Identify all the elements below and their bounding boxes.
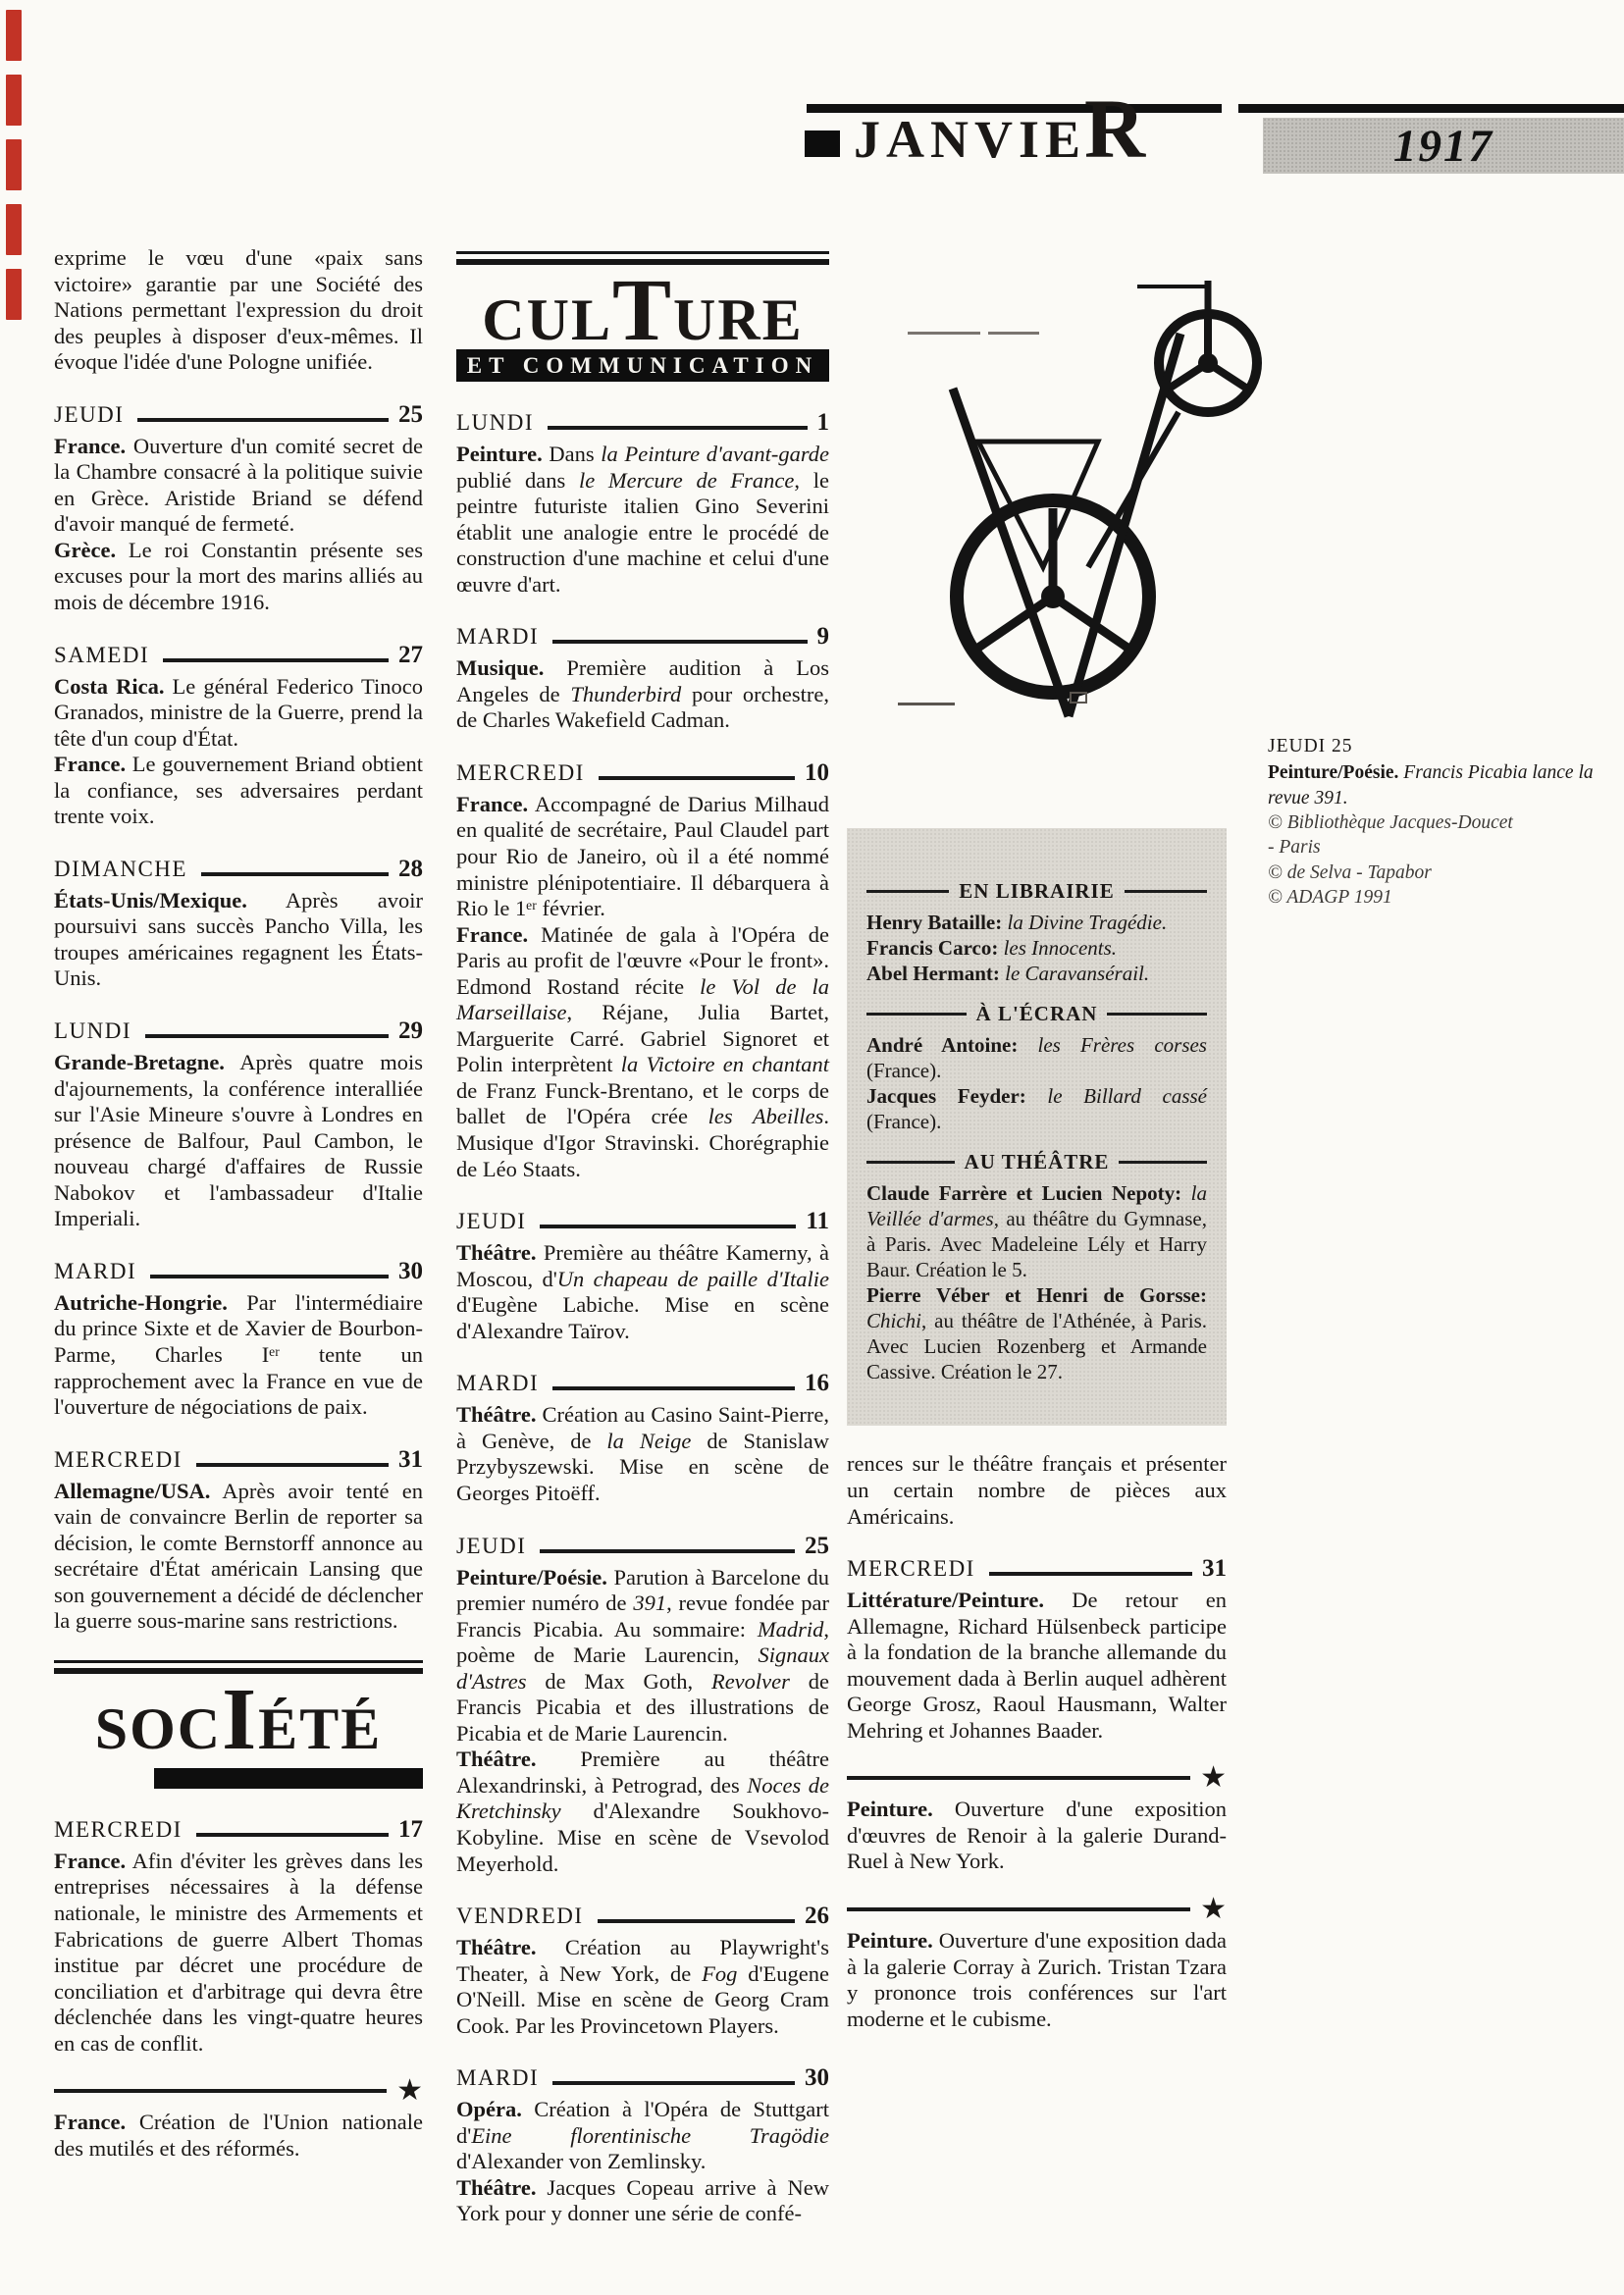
day-heading: MARDI9 — [456, 623, 829, 651]
text-segment: Peinture. — [847, 1928, 933, 1953]
month-name: JANVIE — [854, 113, 1086, 166]
novia-illustration — [884, 273, 1227, 763]
day-number: 10 — [805, 759, 829, 787]
star-icon: ★ — [1200, 1901, 1227, 1918]
text-segment: Un chapeau de paille d'Italie — [557, 1267, 829, 1291]
column-left: exprime le vœu d'une «paix sans victoire… — [54, 245, 423, 2187]
entry-day: DIMANCHE28États-Unis/Mexique. Après avoi… — [54, 856, 423, 992]
group-title: EN LIBRAIRIE — [959, 879, 1114, 904]
day-heading: JEUDI25 — [456, 1533, 829, 1560]
text-segment: Théâtre. — [456, 1240, 536, 1265]
day-rule — [989, 1572, 1192, 1576]
day-name: JEUDI — [54, 402, 124, 428]
day-rule — [196, 1833, 389, 1837]
paragraph: France. Ouverture d'un comité secret de … — [54, 434, 423, 538]
day-number: 1 — [817, 409, 830, 437]
entry-day: MARDI16Théâtre. Création au Casino Saint… — [456, 1370, 829, 1506]
rule-line — [1125, 890, 1207, 893]
text-segment: France. — [54, 752, 126, 776]
text-segment: Afin d'éviter les grèves dans les entrep… — [54, 1849, 423, 2056]
rule-line — [866, 1161, 955, 1164]
text-segment: Peinture. — [847, 1797, 933, 1821]
day-number: 26 — [805, 1903, 829, 1930]
day-number: 9 — [817, 623, 830, 651]
day-heading: JEUDI25 — [54, 401, 423, 429]
paragraph: France. Afin d'éviter les grèves dans le… — [54, 1849, 423, 2057]
entry-day: JEUDI11Théâtre. Première au théâtre Kame… — [456, 1208, 829, 1344]
text-segment: Jacques Feyder: — [866, 1084, 1026, 1108]
day-name: MARDI — [456, 1371, 539, 1396]
paragraph: Théâtre. Première au théâtre Kamerny, à … — [456, 1240, 829, 1344]
day-heading: MERCREDI31 — [54, 1446, 423, 1474]
day-heading: MARDI30 — [54, 1258, 423, 1285]
title-big-letter: T — [612, 262, 673, 359]
day-heading: DIMANCHE28 — [54, 856, 423, 883]
year-text: 1917 — [1393, 120, 1493, 173]
magazine-page: JANVIE R 1917 exprime le vœu d'une «paix… — [0, 0, 1624, 2295]
day-rule — [163, 658, 389, 662]
day-heading: VENDREDI26 — [456, 1903, 829, 1930]
entry-star: ★France. Création de l'Union nationale d… — [54, 2082, 423, 2162]
text-segment: Abel Hermant: — [866, 962, 1000, 985]
text-segment: rences sur le théâtre français et présen… — [847, 1451, 1227, 1528]
text-segment: Théâtre. — [456, 1747, 536, 1771]
text-segment: Chichi — [866, 1309, 921, 1332]
text-segment: la Divine Tragédie. — [1002, 911, 1167, 934]
selection-group: EN LIBRAIRIEHenry Bataille: la Divine Tr… — [866, 879, 1207, 986]
day-number: 28 — [398, 856, 423, 883]
day-name: MERCREDI — [54, 1447, 183, 1473]
day-rule — [150, 1275, 389, 1278]
text-segment: Théâtre. — [456, 1402, 536, 1427]
text-segment: Pierre Véber et Henri de Gorsse: — [866, 1283, 1207, 1307]
thin-rule — [456, 251, 829, 254]
entry-day: MARDI30Opéra. Création à l'Opéra de Stut… — [456, 2064, 829, 2227]
entry-day: MERCREDI31Littérature/Peinture. De retou… — [847, 1555, 1227, 1744]
text-segment: la Neige — [606, 1429, 691, 1453]
paragraph: Opéra. Création à l'Opéra de Stuttgart d… — [456, 2097, 829, 2175]
paragraph: Peinture. Dans la Peinture d'avant-garde… — [456, 442, 829, 598]
column-middle: CULTUREET COMMUNICATIONLUNDI1Peinture. D… — [456, 245, 829, 2253]
caption-body: Peinture/Poésie. Francis Picabia lance l… — [1268, 760, 1606, 810]
day-rule — [137, 418, 389, 422]
text-segment: Peinture/Poésie. — [456, 1565, 607, 1590]
text-segment: Thunderbird — [570, 682, 681, 706]
text-segment: Madrid — [758, 1617, 824, 1642]
section-title: SOCIÉTÉ — [54, 1676, 423, 1764]
day-rule — [552, 1386, 795, 1390]
rule-line — [866, 890, 949, 893]
day-name: SAMEDI — [54, 643, 149, 668]
month-title: JANVIE R — [805, 86, 1145, 163]
text-segment: les Abeilles — [708, 1104, 824, 1128]
text-segment: de Max Goth, — [526, 1669, 710, 1694]
entry-day: VENDREDI26Théâtre. Création au Playwrigh… — [456, 1903, 829, 2039]
text-segment: France. — [456, 792, 528, 816]
rule-line — [1119, 1161, 1207, 1164]
day-heading: MERCREDI31 — [847, 1555, 1227, 1583]
day-number: 16 — [805, 1370, 829, 1397]
day-rule — [548, 426, 807, 430]
paragraph: Abel Hermant: le Caravansérail. — [866, 961, 1207, 986]
text-segment: d'Eugène Labiche. Mise en scène d'Alexan… — [456, 1292, 829, 1343]
text-segment: les Innocents. — [998, 936, 1117, 960]
text-segment: d'Alexander von Zemlinsky. — [456, 2149, 706, 2173]
entry-day: LUNDI1Peinture. Dans la Peinture d'avant… — [456, 409, 829, 598]
paragraph: France. Accompagné de Darius Milhaud en … — [456, 792, 829, 922]
header-rule-right — [1238, 104, 1624, 113]
day-number: 25 — [805, 1533, 829, 1560]
day-heading: MARDI16 — [456, 1370, 829, 1397]
entry-day: MARDI9Musique. Première audition à Los A… — [456, 623, 829, 734]
entry-star: ★Peinture. Ouverture d'une exposition d'… — [847, 1769, 1227, 1875]
day-rule — [201, 872, 389, 876]
paragraph: André Antoine: les Frères corses (France… — [866, 1032, 1207, 1083]
paragraph: Autriche-Hongrie. Par l'intermédiaire du… — [54, 1290, 423, 1421]
novia-title — [908, 332, 1039, 335]
text-segment: Peinture/Poésie. — [1268, 762, 1398, 783]
text-segment: Henry Bataille: — [866, 911, 1002, 934]
column-right: EN LIBRAIRIEHenry Bataille: la Divine Tr… — [847, 245, 1227, 2058]
day-name: MERCREDI — [847, 1556, 975, 1582]
square-bullet-icon — [805, 130, 840, 157]
paragraph: Pierre Véber et Henri de Gorsse: Chichi,… — [866, 1282, 1207, 1384]
rule-line — [54, 2089, 387, 2093]
paragraph: France. Matinée de gala à l'Opéra de Par… — [456, 922, 829, 1182]
paragraph: rences sur le théâtre français et présen… — [847, 1451, 1227, 1530]
paragraph: Peinture. Ouverture d'une exposition d'œ… — [847, 1797, 1227, 1875]
paragraph: Littérature/Peinture. De retour en Allem… — [847, 1588, 1227, 1744]
title-big-letter: I — [222, 1671, 258, 1768]
entry-day: JEUDI25Peinture/Poésie. Parution à Barce… — [456, 1533, 829, 1878]
title-part: URE — [673, 287, 804, 352]
text-segment: Opéra. — [456, 2097, 522, 2121]
entry-day: MARDI30Autriche-Hongrie. Par l'intermédi… — [54, 1258, 423, 1421]
rule-line — [1107, 1013, 1207, 1016]
day-name: DIMANCHE — [54, 857, 187, 882]
day-name: MARDI — [456, 2065, 539, 2091]
day-name: MARDI — [54, 1259, 136, 1284]
text-segment: le Billard cassé — [1026, 1084, 1207, 1108]
picabia-drawing — [884, 273, 1316, 758]
star-rule: ★ — [54, 2082, 423, 2100]
selection-group: À L'ÉCRANAndré Antoine: les Frères corse… — [866, 1002, 1207, 1134]
text-segment: Francis Carco: — [866, 936, 998, 960]
paragraph: Musique. Première audition à Los Angeles… — [456, 655, 829, 734]
section-title: CULTURE — [456, 267, 829, 355]
paragraph: Théâtre. Création au Playwright's Theate… — [456, 1935, 829, 2039]
rule-line — [847, 1776, 1190, 1780]
text-segment: Théâtre. — [456, 2175, 536, 2200]
day-rule — [552, 2081, 795, 2085]
selection-group: AU THÉÂTREClaude Farrère et Lucien Nepot… — [866, 1150, 1207, 1384]
star-icon: ★ — [396, 2082, 423, 2100]
day-heading: LUNDI29 — [54, 1017, 423, 1045]
day-number: 29 — [398, 1017, 423, 1045]
day-heading: JEUDI11 — [456, 1208, 829, 1235]
day-name: MERCREDI — [54, 1817, 183, 1843]
entry-section: SOCIÉTÉ — [54, 1660, 423, 1789]
text-segment: Grèce. — [54, 538, 116, 562]
paragraph: Costa Rica. Le général Federico Tinoco G… — [54, 674, 423, 753]
day-number: 17 — [398, 1816, 423, 1844]
day-heading: SAMEDI27 — [54, 642, 423, 669]
section-black-bar: ET COMMUNICATION — [456, 349, 829, 382]
star-icon: ★ — [1200, 1769, 1227, 1787]
title-part: SOC — [95, 1696, 222, 1761]
text-segment: France. — [54, 2110, 126, 2134]
entry-day: MERCREDI10France. Accompagné de Darius M… — [456, 759, 829, 1182]
text-segment: Fog — [702, 1961, 737, 1986]
day-name: MARDI — [456, 624, 539, 650]
paragraph: Grèce. Le roi Constantin présente ses ex… — [54, 538, 423, 616]
text-segment: Grande-Bretagne. — [54, 1050, 225, 1074]
paragraph: Allemagne/USA. Après avoir tenté en vain… — [54, 1479, 423, 1635]
paragraph: exprime le vœu d'une «paix sans victoire… — [54, 245, 423, 376]
text-segment: France. — [54, 1849, 126, 1873]
selection-box: EN LIBRAIRIEHenry Bataille: la Divine Tr… — [847, 828, 1227, 1426]
group-title: À L'ÉCRAN — [976, 1002, 1098, 1026]
title-part: CUL — [482, 287, 612, 352]
day-number: 30 — [805, 2064, 829, 2092]
section-subtitle: ET COMMUNICATION — [467, 353, 818, 379]
entry-star: ★Peinture. Ouverture d'une exposition da… — [847, 1901, 1227, 2032]
star-rule: ★ — [847, 1901, 1227, 1918]
caption-credit-line: © Bibliothèque Jacques-Doucet — [1268, 810, 1606, 835]
text-segment: Après quatre mois d'ajournements, la con… — [54, 1050, 423, 1230]
month-capital-r: R — [1084, 86, 1145, 171]
text-segment: les Frères corses — [1018, 1033, 1207, 1057]
page-edge-marks — [6, 10, 24, 334]
text-segment: Musique. — [456, 655, 544, 680]
group-title: AU THÉÂTRE — [965, 1150, 1110, 1174]
paragraph: France. Le gouvernement Briand obtient l… — [54, 752, 423, 830]
text-segment: Claude Farrère et Lucien Nepoty: — [866, 1181, 1181, 1205]
text-segment: (France). — [866, 1110, 941, 1133]
day-number: 25 — [398, 401, 423, 429]
paragraph: Jacques Feyder: le Billard cassé (France… — [866, 1083, 1207, 1134]
caption-credit-line: © de Selva - Tapabor — [1268, 861, 1606, 885]
day-name: LUNDI — [456, 410, 534, 436]
title-part: ÉTÉ — [258, 1696, 382, 1761]
text-segment: exprime le vœu d'une «paix sans victoire… — [54, 245, 423, 374]
day-name: LUNDI — [54, 1018, 131, 1044]
day-rule — [599, 776, 795, 780]
day-heading: MERCREDI10 — [456, 759, 829, 787]
text-segment: Théâtre. — [456, 1935, 536, 1959]
paragraph: Peinture. Ouverture d'une exposition dad… — [847, 1928, 1227, 2032]
text-segment: 391 — [633, 1591, 666, 1615]
text-segment: Littérature/Peinture. — [847, 1588, 1044, 1612]
paragraph: États-Unis/Mexique. Après avoir poursuiv… — [54, 888, 423, 992]
day-rule — [145, 1034, 389, 1038]
thin-rule — [54, 1660, 423, 1663]
text-segment: la Peinture d'avant-garde — [601, 442, 829, 466]
day-number: 31 — [1202, 1555, 1227, 1583]
day-rule — [540, 1225, 796, 1228]
text-segment: publié dans — [456, 468, 579, 493]
day-number: 27 — [398, 642, 423, 669]
entry-day: MERCREDI31Allemagne/USA. Après avoir ten… — [54, 1446, 423, 1635]
text-segment: Eine florentinische Tragödie — [471, 2123, 829, 2148]
caption-credit-line: - Paris — [1268, 835, 1606, 860]
paragraph: Francis Carco: les Innocents. — [866, 935, 1207, 961]
paragraph: France. Création de l'Union nationale de… — [54, 2110, 423, 2162]
caption-credits: © Bibliothèque Jacques-Doucet- Paris© de… — [1268, 810, 1606, 910]
text-segment: le Mercure de France — [579, 468, 794, 493]
section-black-bar — [154, 1768, 423, 1789]
text-segment: (France). — [866, 1059, 941, 1082]
text-segment: États-Unis/Mexique. — [54, 888, 247, 913]
star-rule: ★ — [847, 1769, 1227, 1787]
text-segment: Allemagne/USA. — [54, 1479, 210, 1503]
entry-plain: exprime le vœu d'une «paix sans victoire… — [54, 245, 423, 376]
caption-credit-line: © ADAGP 1991 — [1268, 885, 1606, 910]
entry-day: LUNDI29Grande-Bretagne. Après quatre moi… — [54, 1017, 423, 1232]
paragraph: Henry Bataille: la Divine Tragédie. — [866, 910, 1207, 935]
selection-group-heading: EN LIBRAIRIE — [866, 879, 1207, 904]
text-segment: France. — [456, 922, 528, 947]
selection-group-heading: AU THÉÂTRE — [866, 1150, 1207, 1174]
paragraph: Théâtre. Jacques Copeau arrive à New Yor… — [456, 2175, 829, 2227]
day-number: 11 — [806, 1208, 829, 1235]
paragraph: Claude Farrère et Lucien Nepoty: la Veil… — [866, 1180, 1207, 1282]
paragraph: Peinture/Poésie. Parution à Barcelone du… — [456, 1565, 829, 1747]
paragraph: Théâtre. Première au théâtre Alexandrins… — [456, 1747, 829, 1877]
text-segment: le Caravansérail. — [1000, 962, 1149, 985]
rule-line — [866, 1013, 967, 1016]
day-name: JEUDI — [456, 1209, 526, 1234]
day-rule — [540, 1549, 795, 1553]
photo-caption: JEUDI 25 Peinture/Poésie. Francis Picabi… — [1268, 734, 1606, 910]
text-segment: Autriche-Hongrie. — [54, 1290, 228, 1315]
day-number: 30 — [398, 1258, 423, 1285]
day-heading: MERCREDI17 — [54, 1816, 423, 1844]
text-segment: André Antoine: — [866, 1033, 1018, 1057]
text-segment: Peinture. — [456, 442, 543, 466]
column-right-entries: rences sur le théâtre français et présen… — [847, 1451, 1227, 2032]
day-name: JEUDI — [456, 1534, 526, 1559]
entry-day: SAMEDI27Costa Rica. Le général Federico … — [54, 642, 423, 830]
day-name: MERCREDI — [456, 760, 585, 786]
text-segment: la Victoire en chantant — [621, 1052, 829, 1076]
paragraph: Théâtre. Création au Casino Saint-Pierre… — [456, 1402, 829, 1506]
rule-line — [847, 1907, 1190, 1911]
text-segment: Dans — [543, 442, 602, 466]
selection-groups: EN LIBRAIRIEHenry Bataille: la Divine Tr… — [866, 879, 1207, 1384]
day-rule — [598, 1919, 795, 1923]
day-number: 31 — [398, 1446, 423, 1474]
entry-section: CULTUREET COMMUNICATION — [456, 251, 829, 382]
paragraph: Grande-Bretagne. Après quatre mois d'ajo… — [54, 1050, 423, 1232]
day-heading: MARDI30 — [456, 2064, 829, 2092]
selection-group-heading: À L'ÉCRAN — [866, 1002, 1207, 1026]
entry-day: MERCREDI17France. Afin d'éviter les grèv… — [54, 1816, 423, 2057]
text-segment: Revolver — [711, 1669, 790, 1694]
entry-plain: rences sur le théâtre français et présen… — [847, 1451, 1227, 1530]
text-segment: France. — [54, 434, 126, 458]
text-segment: Costa Rica. — [54, 674, 164, 699]
day-rule — [196, 1463, 389, 1467]
entry-day: JEUDI25France. Ouverture d'un comité sec… — [54, 401, 423, 616]
day-name: VENDREDI — [456, 1904, 584, 1929]
caption-day: JEUDI 25 — [1268, 734, 1606, 758]
year-badge: 1917 — [1263, 118, 1624, 174]
day-heading: LUNDI1 — [456, 409, 829, 437]
day-rule — [552, 640, 807, 644]
